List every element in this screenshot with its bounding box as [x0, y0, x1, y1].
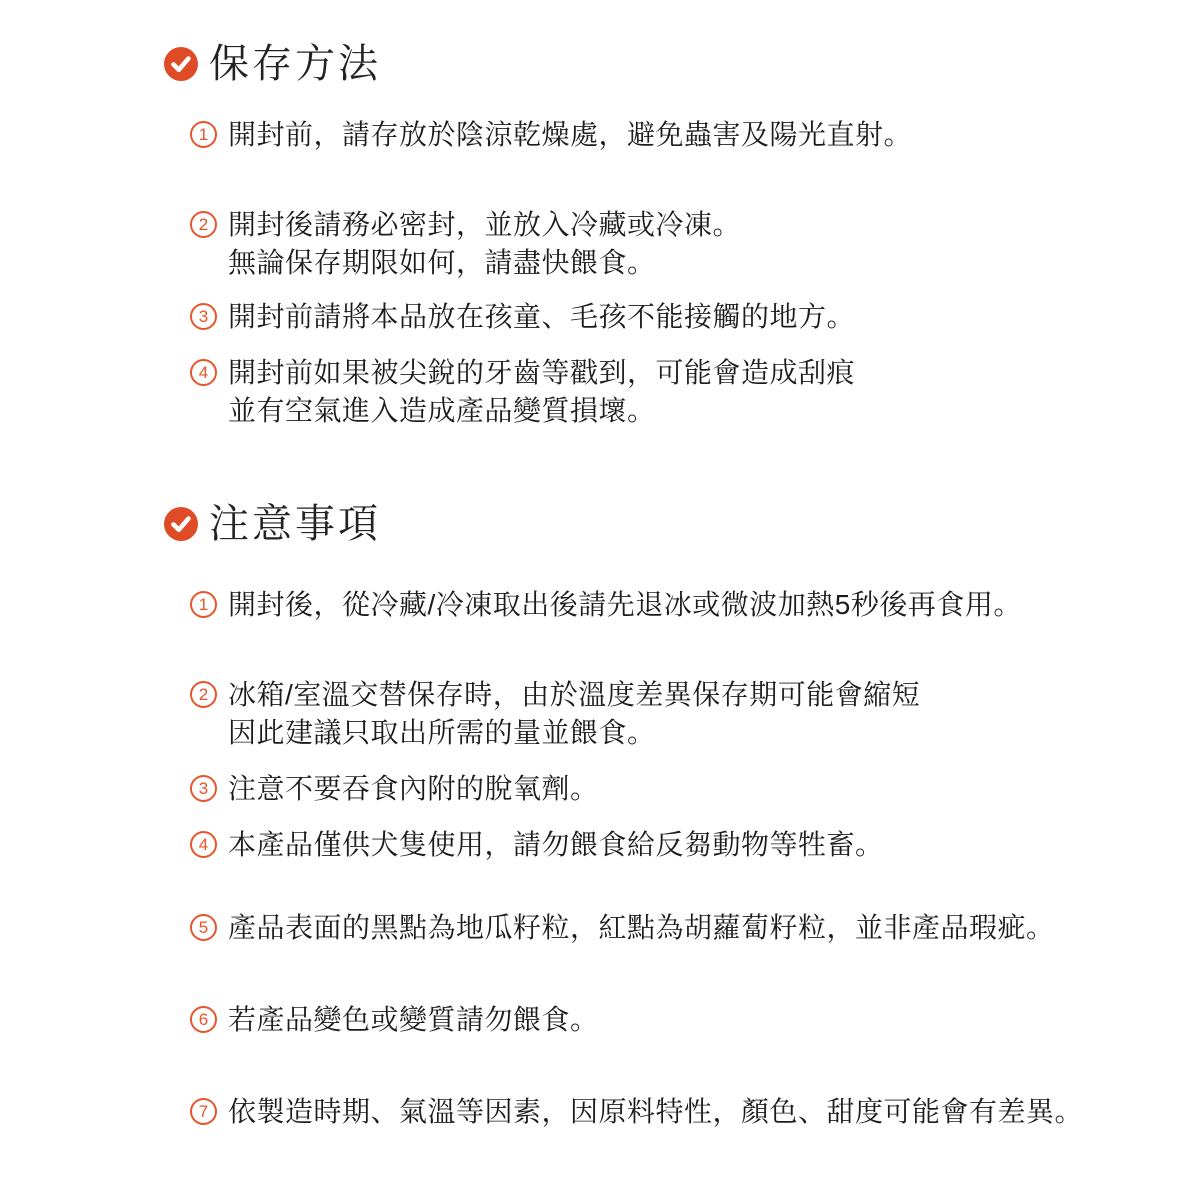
check-circle-icon — [164, 47, 198, 81]
check-circle-icon — [164, 507, 198, 541]
list-item: 2冰箱/室溫交替保存時，由於溫度差異保存期可能會縮短因此建議只取出所需的量並餵食… — [190, 676, 1180, 752]
list-item: 2開封後請務必密封，並放入冷藏或冷凍。無論保存期限如何，請盡快餵食。 — [190, 206, 1180, 282]
item-text-line: 開封後，從冷藏/冷凍取出後請先退冰或微波加熱5秒後再食用。 — [228, 586, 1022, 624]
item-text-line: 本產品僅供犬隻使用，請勿餵食給反芻動物等牲畜。 — [228, 826, 884, 864]
item-text: 依製造時期、氣溫等因素，因原料特性，顏色、甜度可能會有差異。 — [228, 1093, 1083, 1131]
item-text: 若產品變色或變質請勿餵食。 — [228, 1001, 599, 1039]
circled-number-icon: 1 — [190, 591, 217, 618]
item-text: 產品表面的黑點為地瓜籽粒，紅點為胡蘿蔔籽粒，並非產品瑕疵。 — [228, 909, 1055, 947]
item-text-line: 開封後請務必密封，並放入冷藏或冷凍。 — [228, 206, 741, 244]
circled-number-icon: 7 — [190, 1098, 217, 1125]
list-item: 3開封前請將本品放在孩童、毛孩不能接觸的地方。 — [190, 298, 1180, 336]
section-header-storage: 保存方法 — [164, 40, 1180, 88]
item-text-line: 開封前如果被尖銳的牙齒等戳到，可能會造成刮痕 — [228, 354, 855, 392]
item-text: 冰箱/室溫交替保存時，由於溫度差異保存期可能會縮短因此建議只取出所需的量並餵食。 — [228, 676, 920, 752]
item-text-line: 注意不要吞食內附的脫氧劑。 — [228, 770, 599, 808]
section-header-notes: 注意事項 — [164, 500, 1180, 548]
circled-number-icon: 4 — [190, 359, 217, 386]
list-item: 1開封前，請存放於陰涼乾燥處，避免蟲害及陽光直射。 — [190, 116, 1180, 154]
circled-number-icon: 5 — [190, 914, 217, 941]
item-text-line: 冰箱/室溫交替保存時，由於溫度差異保存期可能會縮短 — [228, 676, 920, 714]
list-item: 4本產品僅供犬隻使用，請勿餵食給反芻動物等牲畜。 — [190, 826, 1180, 864]
list-item: 5產品表面的黑點為地瓜籽粒，紅點為胡蘿蔔籽粒，並非產品瑕疵。 — [190, 909, 1180, 947]
item-text: 本產品僅供犬隻使用，請勿餵食給反芻動物等牲畜。 — [228, 826, 884, 864]
item-list: 1開封前，請存放於陰涼乾燥處，避免蟲害及陽光直射。2開封後請務必密封，並放入冷藏… — [190, 116, 1180, 430]
item-text-line: 若產品變色或變質請勿餵食。 — [228, 1001, 599, 1039]
item-text-line: 開封前，請存放於陰涼乾燥處，避免蟲害及陽光直射。 — [228, 116, 912, 154]
list-item: 1開封後，從冷藏/冷凍取出後請先退冰或微波加熱5秒後再食用。 — [190, 586, 1180, 624]
circled-number-icon: 4 — [190, 831, 217, 858]
circled-number-icon: 2 — [190, 211, 217, 238]
list-item: 3注意不要吞食內附的脫氧劑。 — [190, 770, 1180, 808]
section-title: 保存方法 — [209, 40, 381, 88]
item-text-line: 依製造時期、氣溫等因素，因原料特性，顏色、甜度可能會有差異。 — [228, 1093, 1083, 1131]
item-text: 開封前如果被尖銳的牙齒等戳到，可能會造成刮痕並有空氣進入造成產品變質損壞。 — [228, 354, 855, 430]
item-list: 1開封後，從冷藏/冷凍取出後請先退冰或微波加熱5秒後再食用。2冰箱/室溫交替保存… — [190, 586, 1180, 1131]
item-text-line: 並有空氣進入造成產品變質損壞。 — [228, 392, 855, 430]
item-text-line: 無論保存期限如何，請盡快餵食。 — [228, 244, 741, 282]
circled-number-icon: 3 — [190, 775, 217, 802]
item-text-line: 產品表面的黑點為地瓜籽粒，紅點為胡蘿蔔籽粒，並非產品瑕疵。 — [228, 909, 1055, 947]
item-text-line: 開封前請將本品放在孩童、毛孩不能接觸的地方。 — [228, 298, 855, 336]
item-text: 開封後請務必密封，並放入冷藏或冷凍。無論保存期限如何，請盡快餵食。 — [228, 206, 741, 282]
circled-number-icon: 3 — [190, 303, 217, 330]
item-text: 開封前，請存放於陰涼乾燥處，避免蟲害及陽光直射。 — [228, 116, 912, 154]
product-care-info-page: 保存方法1開封前，請存放於陰涼乾燥處，避免蟲害及陽光直射。2開封後請務必密封，並… — [0, 0, 1200, 1200]
list-item: 4開封前如果被尖銳的牙齒等戳到，可能會造成刮痕並有空氣進入造成產品變質損壞。 — [190, 354, 1180, 430]
list-item: 6若產品變色或變質請勿餵食。 — [190, 1001, 1180, 1039]
circled-number-icon: 2 — [190, 681, 217, 708]
section-notes: 注意事項1開封後，從冷藏/冷凍取出後請先退冰或微波加熱5秒後再食用。2冰箱/室溫… — [164, 500, 1180, 1131]
circled-number-icon: 1 — [190, 121, 217, 148]
item-text: 開封後，從冷藏/冷凍取出後請先退冰或微波加熱5秒後再食用。 — [228, 586, 1022, 624]
list-item: 7依製造時期、氣溫等因素，因原料特性，顏色、甜度可能會有差異。 — [190, 1093, 1180, 1131]
item-text: 開封前請將本品放在孩童、毛孩不能接觸的地方。 — [228, 298, 855, 336]
section-title: 注意事項 — [209, 500, 381, 548]
circled-number-icon: 6 — [190, 1006, 217, 1033]
item-text-line: 因此建議只取出所需的量並餵食。 — [228, 714, 920, 752]
item-text: 注意不要吞食內附的脫氧劑。 — [228, 770, 599, 808]
section-storage: 保存方法1開封前，請存放於陰涼乾燥處，避免蟲害及陽光直射。2開封後請務必密封，並… — [164, 40, 1180, 430]
